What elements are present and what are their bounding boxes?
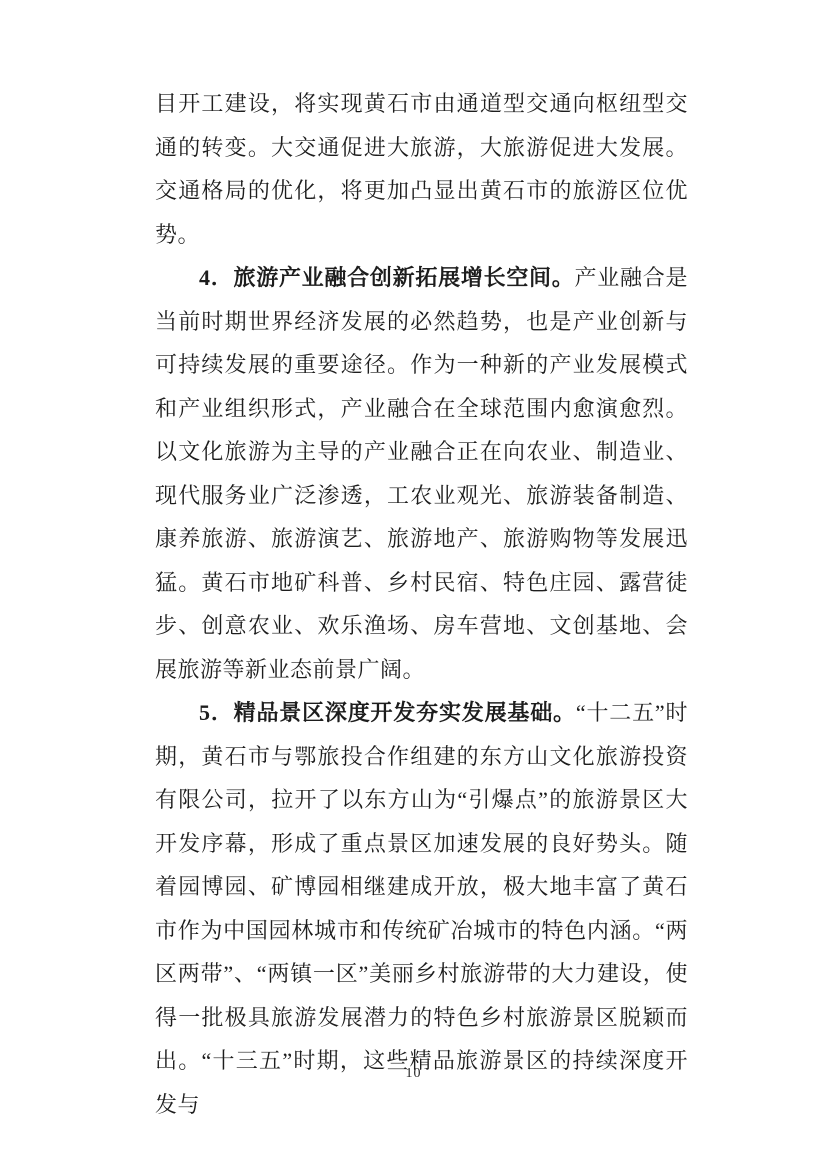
page-body-text: 目开工建设，将实现黄石市由通道型交通向枢纽型交通的转变。大交通促进大旅游，大旅游… xyxy=(155,82,688,1126)
paragraph-continuation: 目开工建设，将实现黄石市由通道型交通向枢纽型交通的转变。大交通促进大旅游，大旅游… xyxy=(155,82,688,256)
section-5-heading: 5．精品景区深度开发夯实发展基础。 xyxy=(199,700,576,725)
document-page: 目开工建设，将实现黄石市由通道型交通向枢纽型交通的转变。大交通促进大旅游，大旅游… xyxy=(0,0,827,1169)
paragraph-section-4: 4．旅游产业融合创新拓展增长空间。产业融合是当前时期世界经济发展的必然趋势，也是… xyxy=(155,256,688,691)
page-number: 10 xyxy=(0,1066,827,1082)
paragraph-text: “十二五”时期，黄石市与鄂旅投合作组建的东方山文化旅游投资有限公司，拉开了以东方… xyxy=(155,700,688,1117)
paragraph-text: 目开工建设，将实现黄石市由通道型交通向枢纽型交通的转变。大交通促进大旅游，大旅游… xyxy=(155,91,688,247)
paragraph-text: 产业融合是当前时期世界经济发展的必然趋势，也是产业创新与可持续发展的重要途径。作… xyxy=(155,265,688,682)
paragraph-section-5: 5．精品景区深度开发夯实发展基础。“十二五”时期，黄石市与鄂旅投合作组建的东方山… xyxy=(155,691,688,1126)
section-4-heading: 4．旅游产业融合创新拓展增长空间。 xyxy=(199,265,575,290)
